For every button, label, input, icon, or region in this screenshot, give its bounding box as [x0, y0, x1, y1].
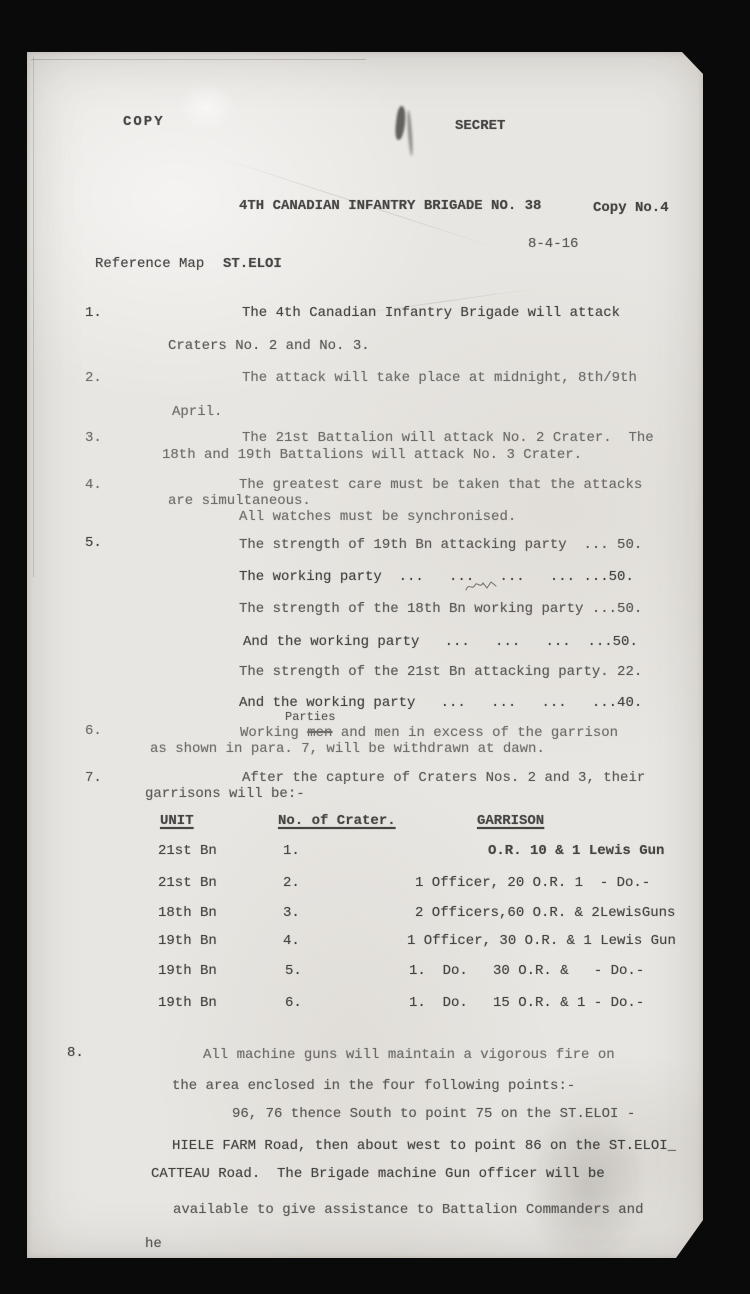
item-line: The greatest care must be taken that the…: [239, 477, 642, 493]
document-page: COPY SECRET 4TH CANADIAN INFANTRY BRIGAD…: [27, 52, 703, 1258]
line-prefix: Working: [240, 725, 307, 741]
item-line: available to give assistance to Battalio…: [173, 1202, 643, 1218]
strength-line: And the working party ... ... ... ...40.: [239, 695, 642, 711]
table-header-garrison: GARRISON: [477, 813, 544, 829]
strength-line: The strength of the 21st Bn attacking pa…: [239, 664, 642, 680]
catchword: he: [145, 1236, 162, 1252]
ink-stain: [394, 106, 407, 141]
table-cell-unit: 21st Bn: [158, 843, 217, 859]
item-line: 18th and 19th Battalions will attack No.…: [162, 447, 582, 463]
table-cell-unit: 19th Bn: [158, 995, 217, 1011]
item-line: The 4th Canadian Infantry Brigade will a…: [242, 305, 620, 321]
item-line: April.: [172, 404, 222, 420]
item-number: 7.: [85, 770, 102, 786]
document-date: 8-4-16: [528, 236, 578, 252]
item-number: 5.: [85, 535, 102, 551]
copy-number: Copy No.4: [593, 200, 669, 216]
table-cell-unit: 18th Bn: [158, 905, 217, 921]
item-line: are simultaneous.: [168, 493, 311, 509]
struck-word: men: [307, 725, 332, 741]
item-number: 6.: [85, 723, 102, 739]
photo-background: COPY SECRET 4TH CANADIAN INFANTRY BRIGAD…: [0, 0, 750, 1294]
item-line: CATTEAU Road. The Brigade machine Gun of…: [151, 1166, 605, 1182]
item-number: 4.: [85, 477, 102, 493]
table-cell-crater: 6.: [285, 995, 302, 1011]
item-line: HIELE FARM Road, then about west to poin…: [172, 1138, 676, 1154]
paper-edge-line: [31, 59, 366, 60]
table-header-crater: No. of Crater.: [278, 813, 396, 829]
document-title: 4TH CANADIAN INFANTRY BRIGADE NO. 38: [239, 198, 541, 214]
paper-highlight: [177, 82, 237, 132]
table-header-unit: UNIT: [160, 813, 194, 829]
item-line: Craters No. 2 and No. 3.: [168, 338, 370, 354]
table-cell-crater: 4.: [283, 933, 300, 949]
item-line: Working men and men in excess of the gar…: [240, 725, 618, 741]
table-cell-garrison: 1 Officer, 30 O.R. & 1 Lewis Gun: [407, 933, 676, 949]
item-line: as shown in para. 7, will be withdrawn a…: [150, 741, 545, 757]
item-line: All watches must be synchronised.: [239, 509, 516, 525]
table-cell-unit: 19th Bn: [158, 963, 217, 979]
reference-label: Reference Map: [95, 256, 204, 272]
line-suffix: and men in excess of the garrison: [332, 725, 618, 741]
table-cell-crater: 5.: [285, 963, 302, 979]
item-line: garrisons will be:-: [145, 786, 305, 802]
table-cell-garrison: 1. Do. 30 O.R. & - Do.-: [409, 963, 644, 979]
table-cell-crater: 1.: [283, 843, 300, 859]
smudge-stain: [527, 1102, 647, 1272]
classification-secret: SECRET: [455, 118, 505, 134]
item-number: 3.: [85, 430, 102, 446]
strength-line: The working party ... ... ... ... ...50.: [239, 569, 634, 585]
table-cell-unit: 19th Bn: [158, 933, 217, 949]
table-cell-crater: 2.: [283, 875, 300, 891]
handwritten-scribble-icon: [465, 579, 499, 594]
item-line: After the capture of Craters Nos. 2 and …: [242, 770, 645, 786]
table-cell-garrison: 1. Do. 15 O.R. & 1 - Do.-: [409, 995, 644, 1011]
paper-edge-line: [33, 57, 34, 577]
item-line: The attack will take place at midnight, …: [242, 370, 637, 386]
table-cell-crater: 3.: [283, 905, 300, 921]
table-cell-unit: 21st Bn: [158, 875, 217, 891]
item-line: The 21st Battalion will attack No. 2 Cra…: [242, 430, 654, 446]
inserted-word: Parties: [285, 711, 335, 724]
item-line: All machine guns will maintain a vigorou…: [203, 1047, 615, 1063]
table-cell-garrison: O.R. 10 & 1 Lewis Gun: [488, 843, 664, 859]
item-number: 8.: [67, 1045, 84, 1061]
item-line: 96, 76 thence South to point 75 on the S…: [232, 1106, 635, 1122]
item-number: 2.: [85, 370, 102, 386]
ink-stain: [406, 110, 413, 156]
copy-stamp: COPY: [123, 114, 165, 130]
strength-line: The strength of the 18th Bn working part…: [239, 601, 642, 617]
strength-line: The strength of 19th Bn attacking party …: [239, 537, 642, 553]
item-line: the area enclosed in the four following …: [172, 1078, 575, 1094]
reference-map-name: ST.ELOI: [223, 256, 282, 272]
table-cell-garrison: 1 Officer, 20 O.R. 1 - Do.-: [415, 875, 650, 891]
item-number: 1.: [85, 305, 102, 321]
table-cell-garrison: 2 Officers,60 O.R. & 2LewisGuns: [415, 905, 675, 921]
strength-line: And the working party ... ... ... ...50.: [243, 634, 638, 650]
